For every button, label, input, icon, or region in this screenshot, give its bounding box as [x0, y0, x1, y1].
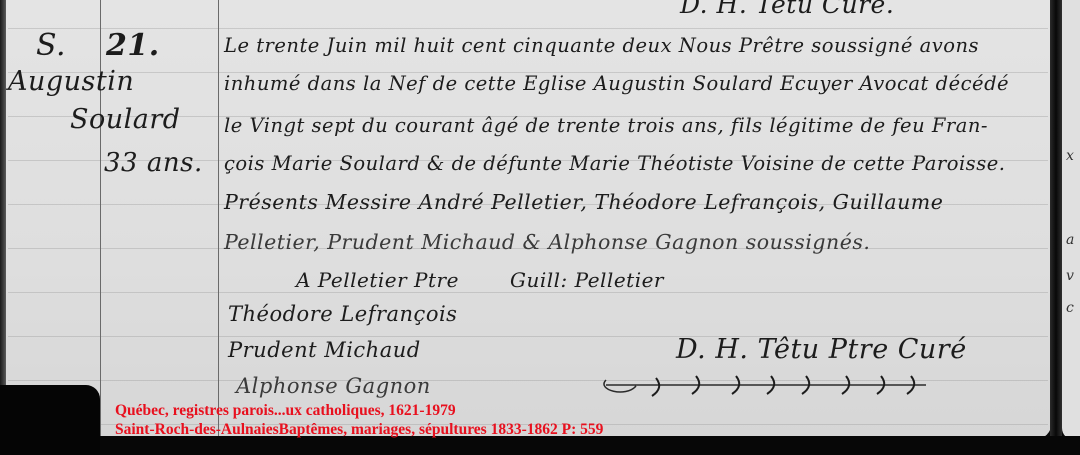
- signature-priest: D. H. Têtu Ptre Curé: [676, 334, 967, 365]
- caption-collection: Québec, registres parois...ux catholique…: [115, 402, 456, 420]
- signature-alphonse-gagnon: Alphonse Gagnon: [236, 374, 431, 398]
- paraph-flourish-icon: [596, 370, 936, 400]
- signature-prudent-michaud: Prudent Michaud: [228, 338, 421, 362]
- binding-gutter: [1050, 0, 1062, 455]
- adjacent-page: [1062, 0, 1080, 440]
- right-page-fragment: v: [1066, 268, 1074, 284]
- right-page-fragment: c: [1066, 300, 1074, 316]
- right-page-fragment: x: [1066, 148, 1074, 164]
- signature-a-pelletier: A Pelletier Ptre: [296, 268, 459, 292]
- body-line-2: inhumé dans la Nef de cette Eglise Augus…: [224, 72, 1009, 95]
- page-corner-shadow: [0, 385, 100, 455]
- margin-surname: Soulard: [70, 104, 181, 135]
- signature-theodore-lefrancois: Théodore Lefrançois: [228, 302, 457, 326]
- ruled-line: [8, 28, 1048, 29]
- margin-given-name: Augustin: [8, 66, 134, 97]
- body-line-3: le Vingt sept du courant âgé de trente t…: [224, 114, 988, 137]
- body-column-line: [218, 0, 219, 440]
- ruled-line: [8, 292, 1048, 293]
- entry-number: 21.: [106, 28, 160, 63]
- body-line-6: Pelletier, Prudent Michaud & Alphonse Ga…: [224, 230, 870, 254]
- margin-age: 33 ans.: [104, 148, 203, 178]
- body-line-1: Le trente Juin mil huit cent cinquante d…: [224, 34, 979, 57]
- right-page-fragment: a: [1066, 232, 1074, 248]
- entry-code: S.: [36, 28, 66, 63]
- body-line-5: Présents Messire André Pelletier, Théodo…: [224, 190, 943, 214]
- header-signature: D. H. Têtu Curé.: [680, 0, 894, 19]
- caption-register-page: Saint-Roch-des-AulnaiesBaptêmes, mariage…: [115, 421, 603, 439]
- signature-guill-pelletier: Guill: Pelletier: [510, 268, 664, 292]
- body-line-4: çois Marie Soulard & de défunte Marie Th…: [224, 152, 1005, 175]
